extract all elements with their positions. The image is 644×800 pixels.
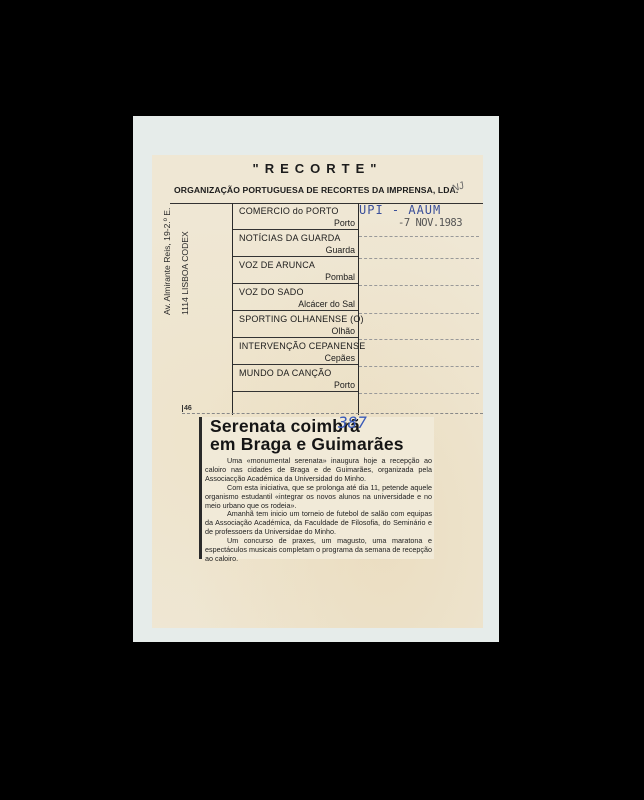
publication-name: MUNDO DA CANÇÃO — [239, 368, 332, 378]
publication-city: Cepães — [325, 353, 355, 363]
article-headline: Serenata coimbrã em Braga e Guimarães — [210, 417, 404, 453]
publication-row: VOZ DO SADO Alcácer do Sal — [233, 284, 358, 311]
publication-name: COMERCIO do PORTO — [239, 206, 339, 216]
publication-row: COMERCIO do PORTO Porto — [233, 203, 358, 230]
publication-name: VOZ DO SADO — [239, 287, 304, 297]
publication-city: Alcácer do Sal — [298, 299, 355, 309]
clipping-form: "RECORTE" ORGANIZAÇÃO PORTUGUESA DE RECO… — [152, 155, 483, 628]
publication-row: NOTÍCIAS DA GUARDA Guarda — [233, 230, 358, 257]
publication-city: Porto — [334, 218, 355, 228]
publication-city: Olhão — [332, 326, 355, 336]
article-paragraph: Uma «monumental serenata» inaugura hoje … — [205, 457, 432, 484]
divider — [359, 285, 479, 286]
publication-name: SPORTING OLHANENSE (O) — [239, 314, 364, 324]
publication-city: Pombal — [325, 272, 355, 282]
form-subtitle: ORGANIZAÇÃO PORTUGUESA DE RECORTES DA IM… — [174, 185, 458, 195]
divider — [182, 413, 483, 414]
publication-city: Guarda — [326, 245, 355, 255]
publication-name: VOZ DE ARUNCA — [239, 260, 315, 270]
publication-city: Porto — [334, 380, 355, 390]
handwritten-clip-number: 387 — [338, 413, 367, 432]
form-title: "RECORTE" — [152, 161, 483, 176]
article-paragraph: Amanhã tem inicio um torneio de futebol … — [205, 510, 432, 537]
publication-name: INTERVENÇÃO CEPANENSE — [239, 341, 365, 351]
headline-line-1: Serenata coimbrã — [210, 417, 404, 435]
address-line-1: Av. Almirante Reis, 19-2.º E. — [158, 165, 176, 315]
newspaper-clipping: Serenata coimbrã em Braga e Guimarães 38… — [199, 417, 434, 559]
divider — [359, 258, 479, 259]
article-paragraph: Um concurso de praxes, um magusto, uma m… — [205, 537, 432, 564]
divider — [358, 203, 359, 415]
divider — [359, 236, 479, 237]
publication-row: SPORTING OLHANENSE (O) Olhão — [233, 311, 358, 338]
article-paragraph: Com esta iniciativa, que se prolonga até… — [205, 484, 432, 511]
publication-row: VOZ DE ARUNCA Pombal — [233, 257, 358, 284]
article-body: Uma «monumental serenata» inaugura hoje … — [205, 457, 432, 564]
address-line-2: 1114 LISBOA CODEX — [176, 165, 194, 315]
publication-name: NOTÍCIAS DA GUARDA — [239, 233, 341, 243]
divider — [359, 339, 479, 340]
date-stamp: -7 NOV.1983 — [398, 217, 462, 229]
divider — [359, 393, 479, 394]
divider — [359, 313, 479, 314]
headline-line-2: em Braga e Guimarães — [210, 435, 404, 453]
publication-row: MUNDO DA CANÇÃO Porto — [233, 365, 358, 392]
handwritten-mark: NJ — [450, 180, 465, 195]
divider — [359, 366, 479, 367]
handwritten-note: UPI - AAUM — [359, 203, 441, 217]
company-address: Av. Almirante Reis, 19-2.º E. 1114 LISBO… — [158, 165, 194, 315]
page-number: 46 — [182, 405, 192, 412]
publication-row: INTERVENÇÃO CEPANENSE Cepães — [233, 338, 358, 365]
